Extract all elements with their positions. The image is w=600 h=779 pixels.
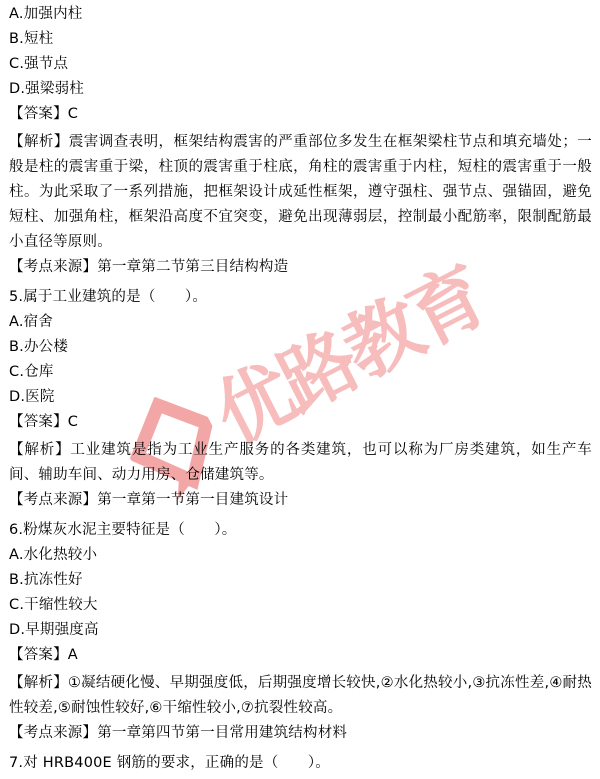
question-line: 6.粉煤灰水泥主要特征是（ ）。: [9, 518, 592, 543]
option-line: B.短柱: [9, 27, 592, 52]
option-line: D.早期强度高: [9, 618, 592, 643]
option-line: A.水化热较小: [9, 543, 592, 568]
option-line: D.强梁弱柱: [9, 77, 592, 102]
analysis-line: 【解析】震害调查表明，框架结构震害的严重部位多发生在框架梁柱节点和填充墙处；一般…: [9, 130, 592, 255]
source-line: 【考点来源】第一章第四节第一目常用建筑结构材料: [9, 721, 592, 746]
option-line: B.抗冻性好: [9, 568, 592, 593]
answer-line: 【答案】A: [9, 643, 592, 668]
option-line: C.干缩性较大: [9, 593, 592, 618]
analysis-line: 【解析】工业建筑是指为工业生产服务的各类建筑，也可以称为厂房类建筑，如生产车间、…: [9, 438, 592, 488]
question-line: 7.对 HRB400E 钢筋的要求，正确的是（ ）。: [9, 751, 592, 776]
option-line: C.强节点: [9, 52, 592, 77]
document-body: A.加强内柱 B.短柱 C.强节点 D.强梁弱柱 【答案】C 【解析】震害调查表…: [0, 0, 600, 776]
source-line: 【考点来源】第一章第二节第三目结构构造: [9, 255, 592, 280]
option-line: C.仓库: [9, 360, 592, 385]
question-line: 5.属于工业建筑的是（ ）。: [9, 285, 592, 310]
option-line: B.办公楼: [9, 335, 592, 360]
exam-answer-document-page: 优路教育 A.加强内柱 B.短柱 C.强节点 D.强梁弱柱 【答案】C 【解析】…: [0, 0, 600, 779]
source-line: 【考点来源】第一章第一节第一目建筑设计: [9, 488, 592, 513]
answer-line: 【答案】C: [9, 410, 592, 435]
option-line: A.加强内柱: [9, 2, 592, 27]
analysis-line: 【解析】①凝结硬化慢、早期强度低，后期强度增长较快,②水化热较小,③抗冻性差,④…: [9, 671, 592, 721]
option-line: D.医院: [9, 385, 592, 410]
answer-line: 【答案】C: [9, 102, 592, 127]
option-line: A.宿舍: [9, 310, 592, 335]
